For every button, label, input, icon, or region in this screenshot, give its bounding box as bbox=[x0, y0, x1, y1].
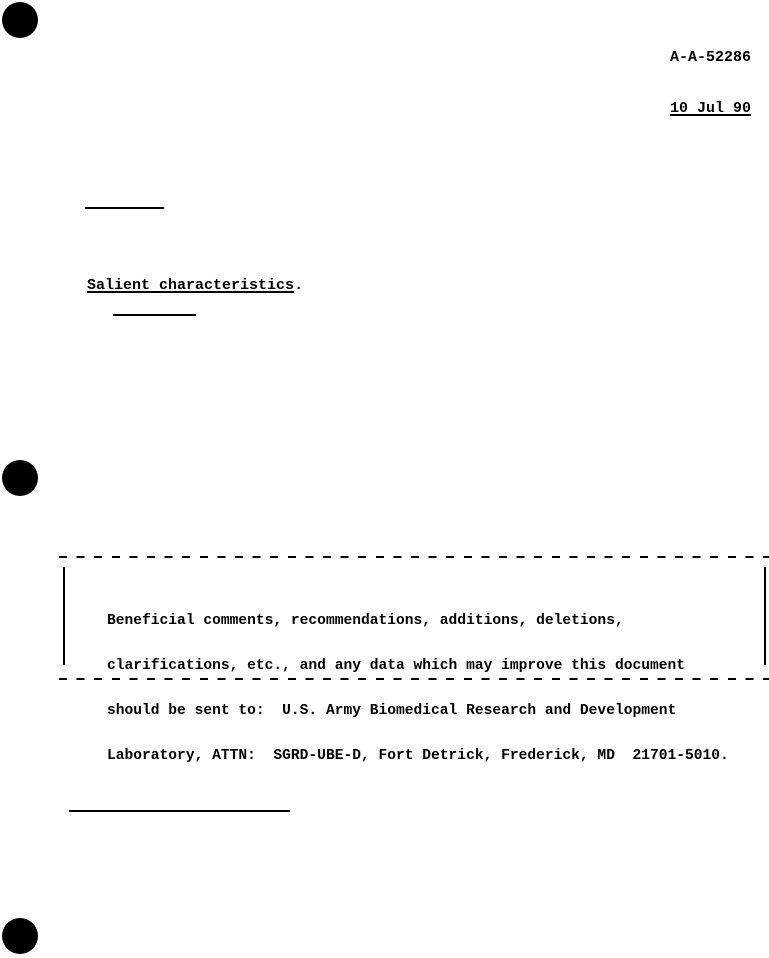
salient-heading-period: . bbox=[294, 277, 303, 294]
salient-heading-text: Salient characteristics bbox=[87, 277, 294, 294]
salient-characteristics-heading: Salient characteristics. bbox=[69, 263, 303, 293]
notice-box-bottom-border bbox=[59, 678, 769, 680]
punch-hole-top bbox=[2, 2, 38, 38]
document-id: A-A-52286 bbox=[670, 49, 751, 66]
footnote-separator-rule bbox=[69, 810, 290, 812]
heading-underline-blank-1 bbox=[85, 207, 164, 209]
notice-box-right-border bbox=[764, 567, 766, 665]
notice-line-2: clarifications, etc., and any data which… bbox=[107, 659, 729, 674]
document-date: 10 Jul 90 bbox=[670, 100, 751, 117]
document-header: A-A-52286 10 Jul 90 bbox=[670, 15, 751, 134]
notice-box-top-border bbox=[59, 556, 769, 558]
notice-line-3: should be sent to: U.S. Army Biomedical … bbox=[107, 704, 729, 719]
punch-hole-bottom bbox=[2, 918, 38, 954]
notice-line-4: Laboratory, ATTN: SGRD-UBE-D, Fort Detri… bbox=[107, 749, 729, 764]
notice-line-1: Beneficial comments, recommendations, ad… bbox=[107, 614, 729, 629]
heading-underline-blank-2 bbox=[113, 314, 196, 316]
notice-box-left-border bbox=[63, 567, 65, 665]
notice-box-text: Beneficial comments, recommendations, ad… bbox=[107, 584, 729, 779]
punch-hole-middle bbox=[2, 460, 38, 496]
